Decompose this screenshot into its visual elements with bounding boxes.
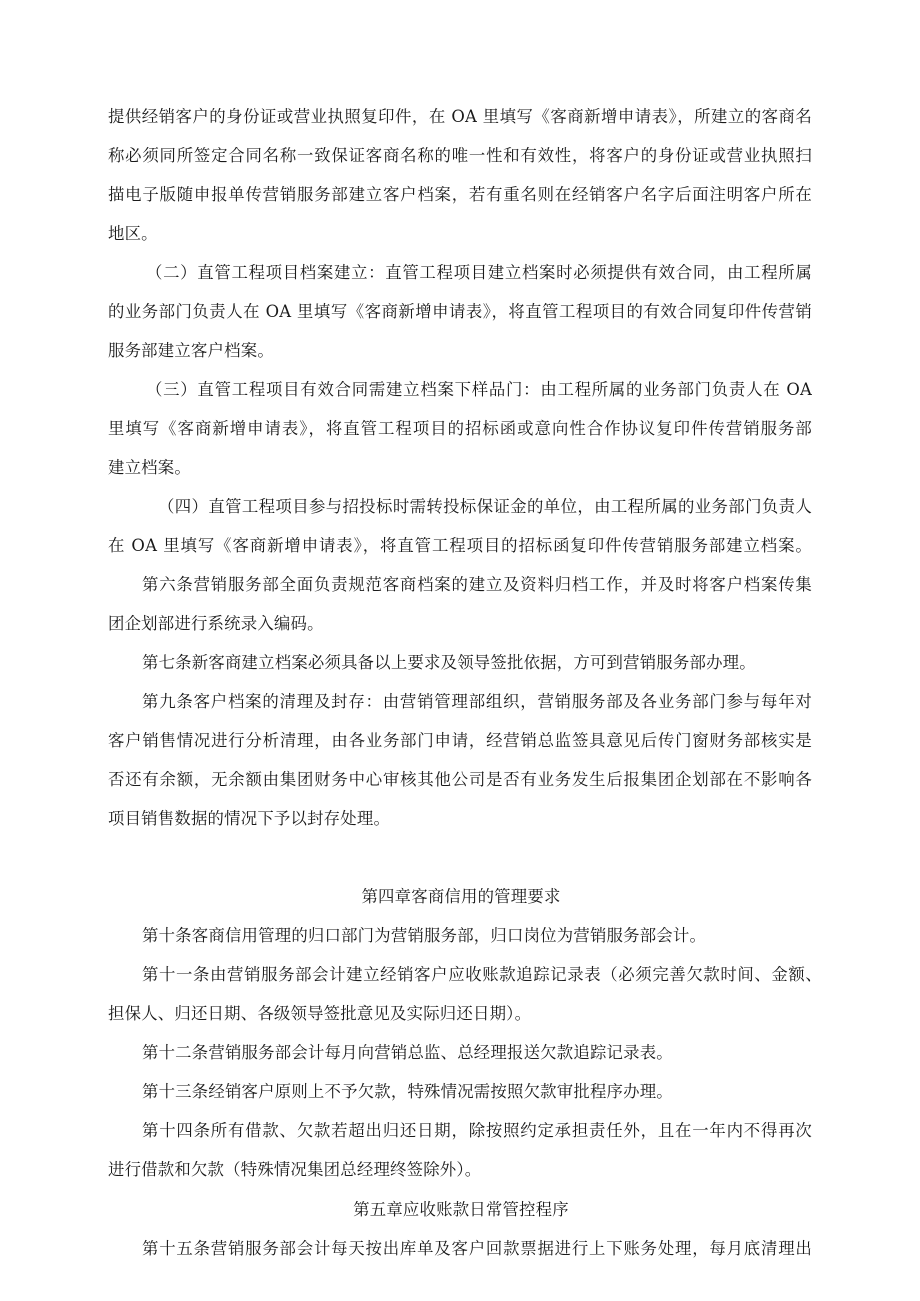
article-6-line: 团企划部进行系统录入编码。 xyxy=(108,607,324,641)
paragraph-line: 提供经销客户的身份证或营业执照复印件，在 OA 里填写《客商新增申请表》，所建立… xyxy=(108,100,812,134)
paragraph-line: 的业务部门负责人在 OA 里填写《客商新增申请表》，将直管工程项目的有效合同复印… xyxy=(108,295,812,329)
article-9-line: 否还有余额，无余额由集团财务中心审核其他公司是否有业务发生后报集团企划部在不影响… xyxy=(108,763,812,797)
article-9-line: 客户销售情况进行分析清理，由各业务部门申请，经营销总监签具意见后传门窗财务部核实… xyxy=(108,724,812,758)
paragraph-line-first: （二）直管工程项目档案建立：直管工程项目建立档案时必须提供有效合同，由工程所属 xyxy=(146,256,812,290)
article-13-line: 第十三条经销客户原则上不予欠款，特殊情况需按照欠款审批程序办理。 xyxy=(142,1075,673,1109)
article-6-line: 第六条营销服务部全面负责规范客商档案的建立及资料归档工作，并及时将客户档案传集 xyxy=(142,568,812,602)
paragraph-line: 里填写《客商新增申请表》，将直管工程项目的招标函或意向性合作协议复印件传营销服务… xyxy=(108,412,812,446)
chapter-4-heading: 第四章客商信用的管理要求 xyxy=(108,880,814,914)
paragraph-line: 描电子版随申报单传营销服务部建立客户档案，若有重名则在经销客户名字后面注明客户所… xyxy=(108,178,812,212)
article-11-line: 担保人、归还日期、各级领导签批意见及实际归还日期）。 xyxy=(108,997,531,1031)
article-9-line: 项目销售数据的情况下予以封存处理。 xyxy=(108,802,390,836)
article-11-line: 第十一条由营销服务部会计建立经销客户应收账款追踪记录表（必须完善欠款时间、金额、 xyxy=(142,958,822,992)
paragraph-line: 建立档案。 xyxy=(108,451,191,485)
article-15-line: 第十五条营销服务部会计每天按出库单及客户回款票据进行上下账务处理，每月底清理出 xyxy=(142,1232,812,1266)
paragraph-line: 称必须同所签定合同名称一致保证客商名称的唯一性和有效性，将客户的身份证或营业执照… xyxy=(108,139,812,173)
paragraph-line: 服务部建立客户档案。 xyxy=(108,334,274,368)
paragraph-line: 地区。 xyxy=(108,217,158,251)
article-7-line: 第七条新客商建立档案必须具备以上要求及领导签批依据，方可到营销服务部办理。 xyxy=(142,646,756,680)
article-9-line: 第九条客户档案的清理及封存：由营销管理部组织，营销服务部及各业务部门参与每年对 xyxy=(142,685,812,719)
paragraph-line: 在 OA 里填写《客商新增申请表》，将直管工程项目的招标函复印件传营销服务部建立… xyxy=(108,529,812,563)
paragraph-line-first: （三）直管工程项目有效合同需建立档案下样品门：由工程所属的业务部门负责人在 OA xyxy=(146,373,812,407)
paragraph-line-first: （四）直管工程项目参与招投标时需转投标保证金的单位，由工程所属的业务部门负责人 xyxy=(158,490,812,524)
article-14-line: 进行借款和欠款（特殊情况集团总经理终签除外）。 xyxy=(108,1153,481,1187)
article-12-line: 第十二条营销服务部会计每月向营销总监、总经理报送欠款追踪记录表。 xyxy=(142,1036,673,1070)
article-10-line: 第十条客商信用管理的归口部门为营销服务部，归口岗位为营销服务部会计。 xyxy=(142,919,706,953)
chapter-5-heading: 第五章应收账款日常管控程序 xyxy=(108,1193,814,1227)
article-14-line: 第十四条所有借款、欠款若超出归还日期，除按照约定承担责任外，且在一年内不得再次 xyxy=(142,1114,812,1148)
